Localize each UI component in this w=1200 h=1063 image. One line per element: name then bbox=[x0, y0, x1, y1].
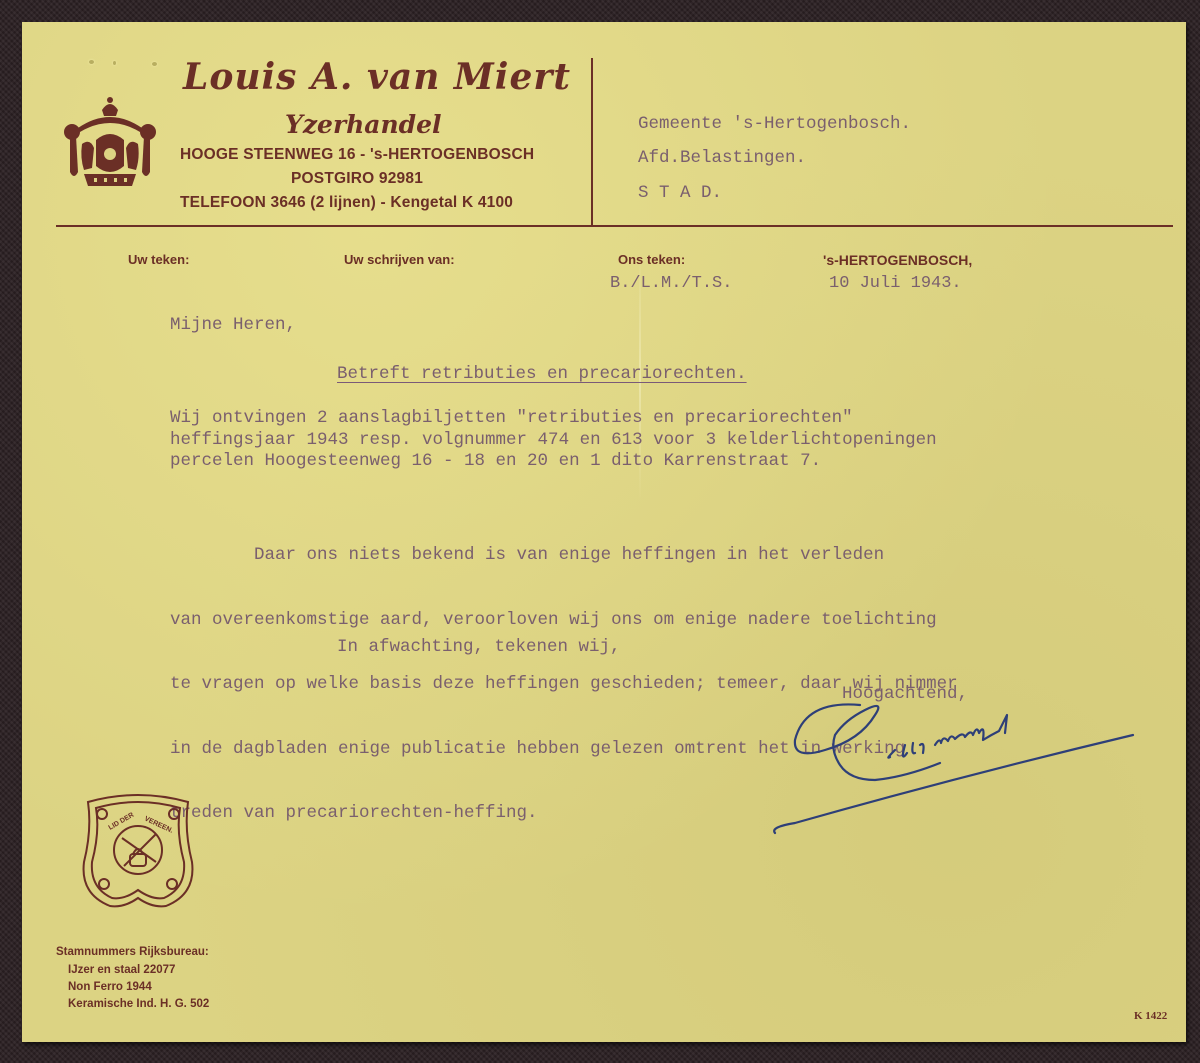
uw-schrijven-label: Uw schrijven van: bbox=[344, 252, 455, 267]
recipient-line-1: Gemeente 's-Hertogenbosch. bbox=[638, 114, 911, 134]
company-name: Louis A. van Miert bbox=[183, 56, 571, 98]
header-horizontal-rule bbox=[56, 225, 1173, 227]
signature-icon bbox=[765, 695, 1145, 845]
paragraph-1-line: heffingsjaar 1943 resp. volgnummer 474 e… bbox=[170, 430, 937, 452]
registry-line: IJzer en staal 22077 bbox=[68, 962, 175, 978]
header-vertical-divider bbox=[591, 58, 593, 226]
paragraph-2-line: Daar ons niets bekend is van enige heffi… bbox=[170, 545, 958, 567]
company-subtitle: Yzerhandel bbox=[285, 110, 442, 139]
registry-line: Non Ferro 1944 bbox=[68, 979, 152, 995]
company-telephone: TELEFOON 3646 (2 lijnen) - Kengetal K 41… bbox=[180, 194, 513, 212]
paragraph-2-line: van overeenkomstige aard, veroorloven wi… bbox=[170, 610, 958, 632]
punch-hole bbox=[113, 61, 116, 65]
punch-hole bbox=[152, 62, 157, 66]
letter-subject: Betreft retributies en precariorechten. bbox=[337, 364, 747, 386]
company-address: HOOGE STEENWEG 16 - 's-HERTOGENBOSCH bbox=[180, 146, 534, 164]
paragraph-2-line: te vragen op welke basis deze heffingen … bbox=[170, 674, 958, 696]
closing-line: In afwachting, tekenen wij, bbox=[337, 637, 621, 659]
form-code: K 1422 bbox=[1134, 1010, 1167, 1022]
guild-shield-icon: LID DER VEREEN. bbox=[80, 790, 196, 910]
salutation: Mijne Heren, bbox=[170, 315, 296, 337]
ons-teken-value: B./L.M./T.S. bbox=[610, 274, 732, 293]
uw-teken-label: Uw teken: bbox=[128, 252, 189, 267]
paragraph-1-line: Wij ontvingen 2 aanslagbiljetten "retrib… bbox=[170, 408, 937, 430]
registry-line: Keramische Ind. H. G. 502 bbox=[68, 996, 209, 1012]
recipient-line-2: Afd.Belastingen. bbox=[638, 148, 806, 168]
recipient-line-3: S T A D. bbox=[638, 183, 722, 203]
paragraph-1-line: percelen Hoogesteenweg 16 - 18 en 20 en … bbox=[170, 451, 937, 473]
svg-text:VEREEN.: VEREEN. bbox=[143, 815, 174, 834]
svg-text:LID DER: LID DER bbox=[108, 812, 136, 832]
company-postgiro: POSTGIRO 92981 bbox=[291, 170, 423, 188]
place-label: 's-HERTOGENBOSCH, bbox=[823, 252, 972, 268]
punch-hole bbox=[89, 60, 94, 64]
registry-title: Stamnummers Rijksbureau: bbox=[56, 944, 209, 960]
coat-of-arms-icon bbox=[60, 92, 160, 192]
paragraph-1: Wij ontvingen 2 aanslagbiljetten "retrib… bbox=[170, 408, 937, 473]
ons-teken-label: Ons teken: bbox=[618, 252, 685, 267]
letter-date: 10 Juli 1943. bbox=[829, 274, 962, 293]
